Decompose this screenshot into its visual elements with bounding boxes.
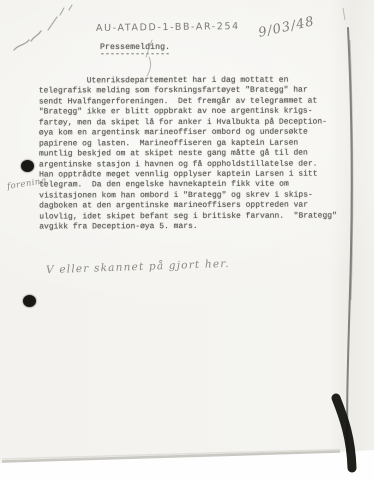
pencil-scribble	[146, 40, 152, 76]
scanned-document-page: { "page": { "paper_color": "#f4f3ef", "i…	[0, 0, 374, 480]
scan-artifacts	[0, 0, 374, 480]
pencil-scribble	[343, 8, 345, 20]
pencil-scribble	[14, 31, 41, 50]
pencil-scribble	[48, 5, 72, 30]
paper-crease	[347, 28, 352, 452]
